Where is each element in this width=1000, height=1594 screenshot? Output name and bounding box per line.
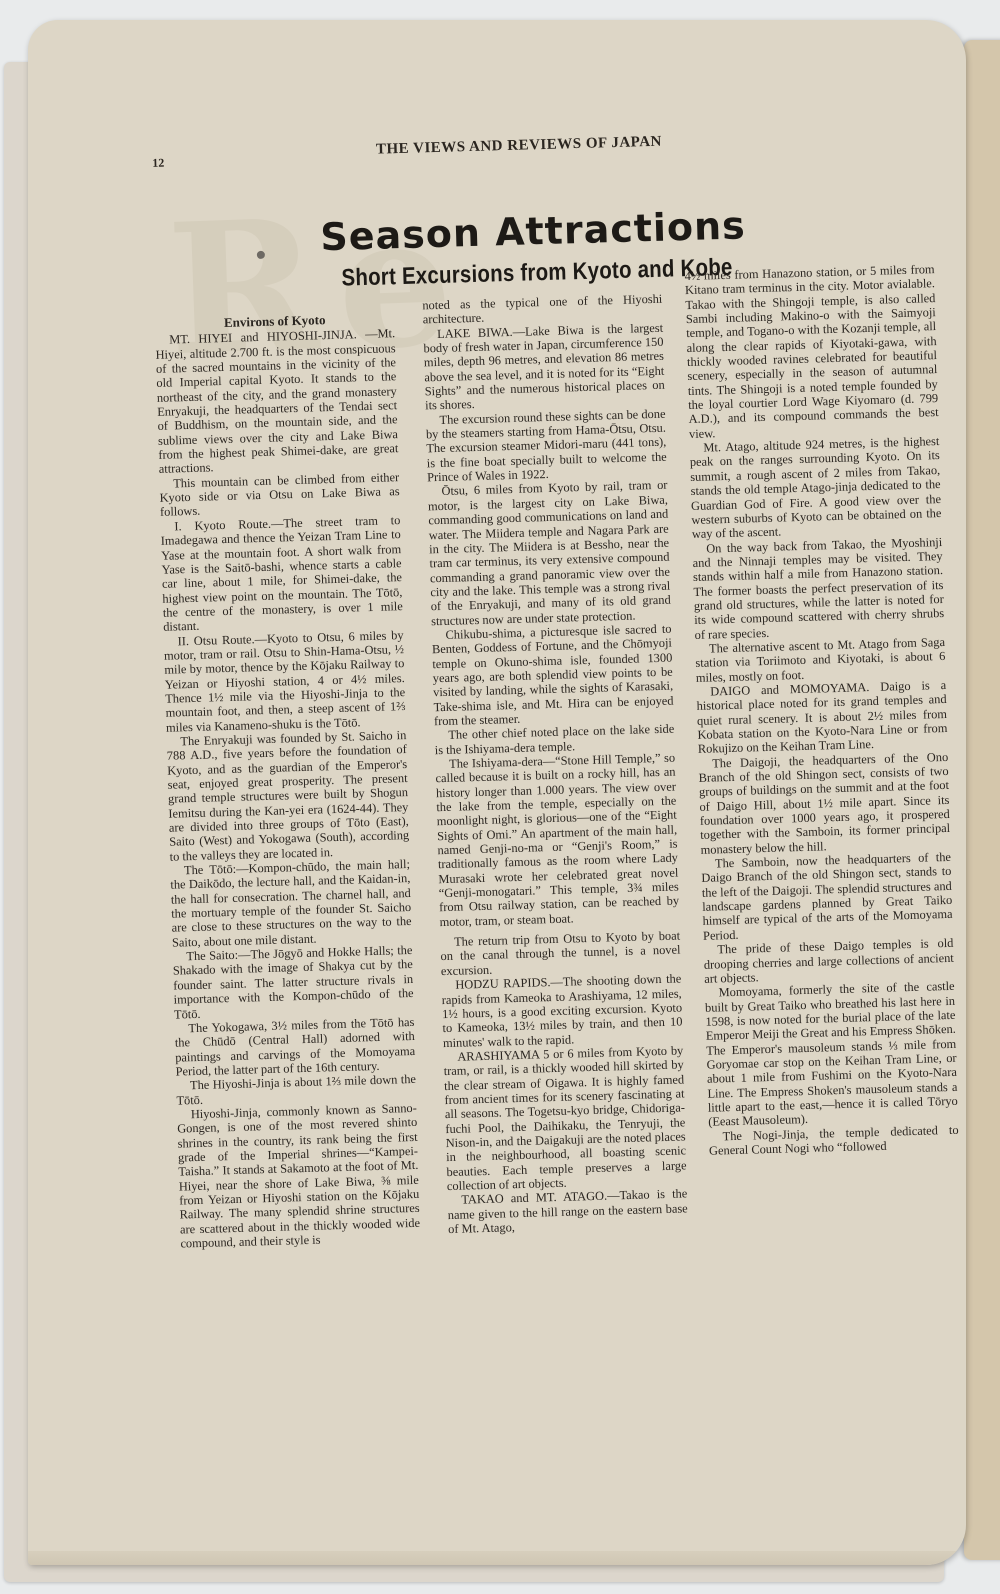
paragraph: The Tōtō:—Kompon-chūdo, the main hall; t…	[170, 857, 412, 950]
paragraph: Momoyama, formerly the site of the castl…	[704, 979, 958, 1129]
paragraph: This mountain can be climbed from either…	[159, 470, 400, 520]
paragraph: 4½ miles from Hanazono station, or 5 mil…	[684, 262, 939, 441]
paragraph: Mt. Atago, altitude 924 metres, is the h…	[689, 434, 942, 541]
paragraph: The Ishiyama-dera—“Stone Hill Temple,” s…	[435, 751, 680, 930]
paragraph: I. Kyoto Route.—The street tram to Imade…	[160, 513, 403, 634]
magazine-page: Re 12 THE VIEWS AND REVIEWS OF JAPAN Sea…	[28, 20, 966, 1565]
paragraph: II. Otsu Route.—Kyoto to Otsu, 6 miles b…	[163, 628, 406, 735]
paragraph: The excursion round these sights can be …	[425, 406, 667, 484]
paragraph: The alternative ascent to Mt. Atago from…	[695, 635, 946, 685]
page-bottom-edge	[28, 1551, 966, 1565]
facing-page-edge	[964, 40, 1000, 1560]
ink-spot	[257, 251, 265, 259]
paragraph: On the way back from Takao, the Myoshinj…	[692, 535, 945, 642]
paragraph: Hiyoshi-Jinja, commonly known as Sanno-G…	[177, 1101, 421, 1251]
paragraph: Ōtsu, 6 miles from Kyoto by rail, tram o…	[427, 478, 671, 628]
paragraph: The pride of these Daigo temples is old …	[703, 936, 954, 986]
paragraph: The Daigoji, the headquarters of the Ono…	[698, 750, 951, 857]
paragraph: The Saito:—The Jōgyō and Hokke Halls; th…	[172, 943, 414, 1021]
article-subtitle: Short Excursions from Kyoto and Kobe	[341, 254, 733, 293]
paragraph: The Nogi-Jinja, the temple dedicated to …	[708, 1122, 959, 1158]
paragraph: HODZU RAPIDS.—The shooting down the rapi…	[441, 972, 683, 1050]
paragraph: DAIGO and MOMOYAMA. Daigo is a historica…	[696, 678, 948, 757]
text-column-3: 4½ miles from Hanazono station, or 5 mil…	[684, 262, 959, 1158]
text-column-1: Environs of Kyoto MT. HIYEI and HIYOSHI-…	[155, 311, 421, 1251]
article-title: Season Attractions	[320, 203, 746, 259]
page-content: 12 THE VIEWS AND REVIEWS OF JAPAN Season…	[28, 20, 966, 1565]
paragraph: Chikubu-shima, a picturesque isle sacred…	[431, 622, 674, 729]
paragraph: The Yokogawa, 3½ miles from the Tōtō has…	[174, 1015, 416, 1079]
paragraph: TAKAO and MT. ATAGO.—Takao is the name g…	[447, 1187, 688, 1237]
paragraph: ARASHIYAMA 5 or 6 miles from Kyoto by tr…	[443, 1043, 687, 1193]
paragraph: MT. HIYEI and HIYOSHI-JINJA. —Mt. Hiyei,…	[155, 327, 399, 477]
paragraph: LAKE BIWA.—Lake Biwa is the largest body…	[423, 320, 665, 413]
paragraph: The Samboin, now the headquarters of the…	[701, 850, 953, 943]
text-column-2: noted as the typical one of the Hiyoshi …	[422, 292, 688, 1237]
paragraph: The return trip from Otsu to Kyoto by bo…	[440, 929, 681, 979]
running-head: THE VIEWS AND REVIEWS OF JAPAN	[376, 134, 662, 159]
page-number: 12	[152, 156, 164, 171]
paragraph: The Enryakuji was founded by St. Saicho …	[166, 728, 410, 864]
